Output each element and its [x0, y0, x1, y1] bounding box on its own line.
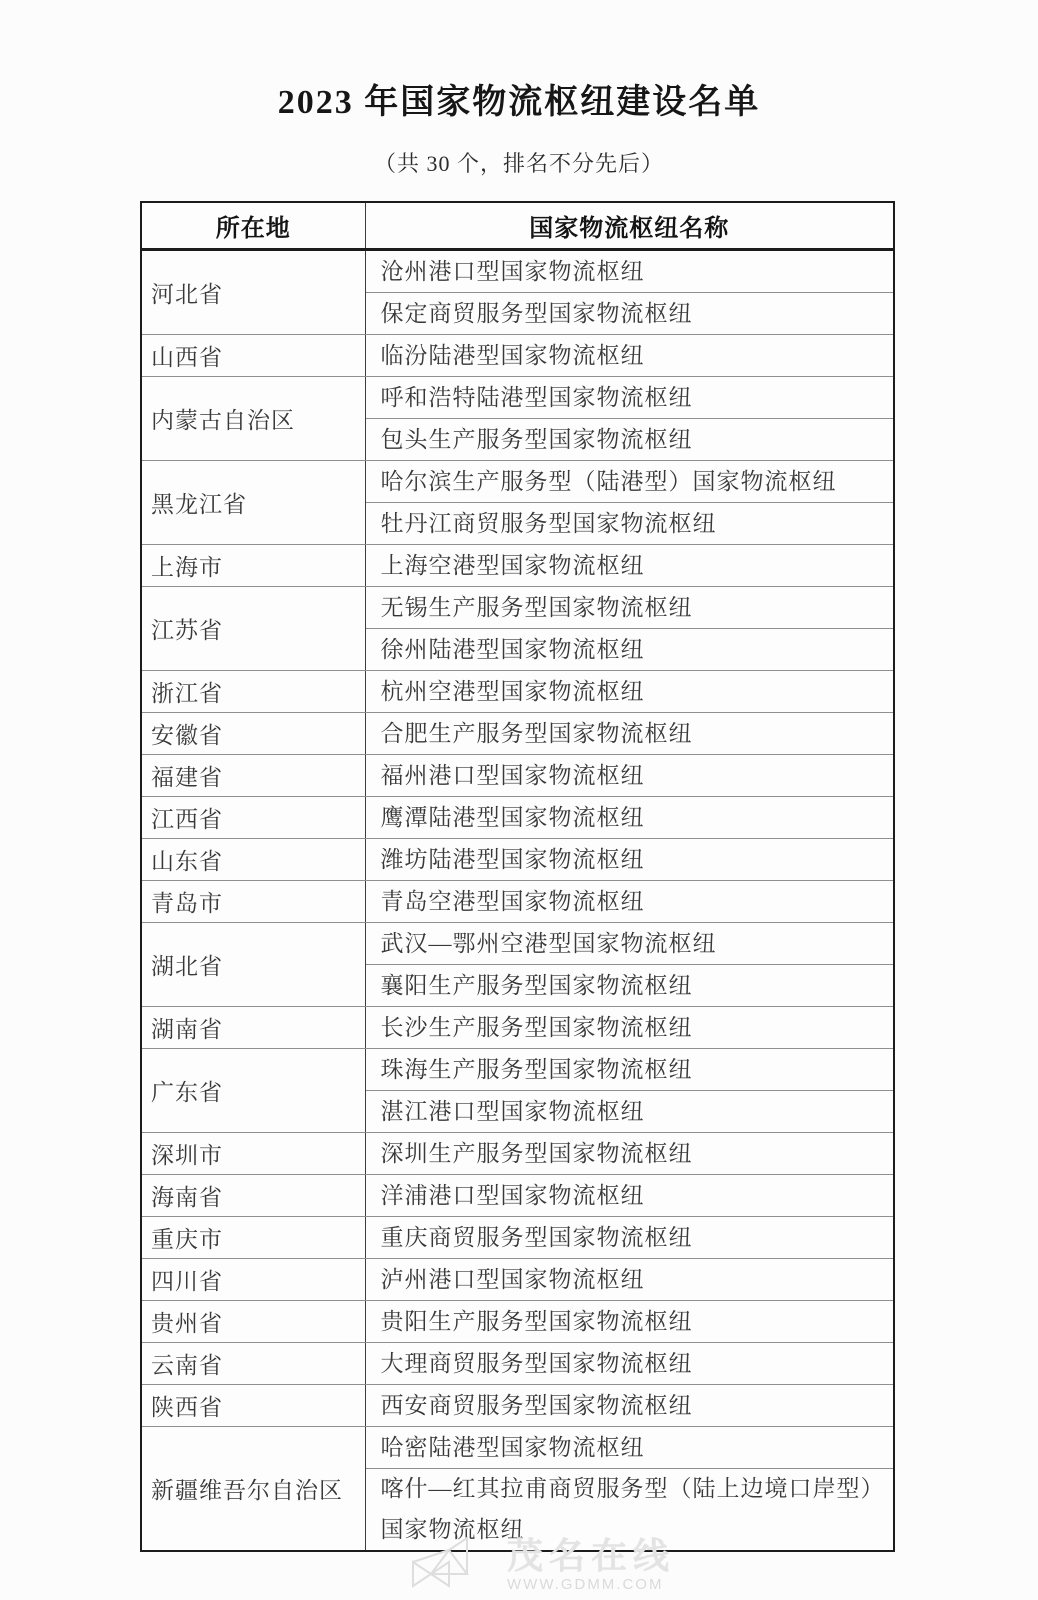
hub-table-body: 河北省沧州港口型国家物流枢纽保定商贸服务型国家物流枢纽山西省临汾陆港型国家物流枢… — [141, 250, 894, 1551]
hub-cell: 青岛空港型国家物流枢纽 — [365, 881, 894, 923]
hub-table: 所在地 国家物流枢纽名称 河北省沧州港口型国家物流枢纽保定商贸服务型国家物流枢纽… — [140, 201, 895, 1552]
hub-cell: 哈尔滨生产服务型（陆港型）国家物流枢纽 — [365, 461, 894, 503]
region-cell: 湖北省 — [141, 923, 365, 1007]
region-cell: 黑龙江省 — [141, 461, 365, 545]
table-row: 陕西省西安商贸服务型国家物流枢纽 — [141, 1385, 894, 1427]
table-row: 湖南省长沙生产服务型国家物流枢纽 — [141, 1007, 894, 1049]
region-cell: 云南省 — [141, 1343, 365, 1385]
hub-cell: 临汾陆港型国家物流枢纽 — [365, 335, 894, 377]
hub-cell: 保定商贸服务型国家物流枢纽 — [365, 293, 894, 335]
table-row: 广东省珠海生产服务型国家物流枢纽 — [141, 1049, 894, 1091]
region-cell: 河北省 — [141, 250, 365, 335]
hub-cell: 呼和浩特陆港型国家物流枢纽 — [365, 377, 894, 419]
hub-cell: 襄阳生产服务型国家物流枢纽 — [365, 965, 894, 1007]
hub-cell: 包头生产服务型国家物流枢纽 — [365, 419, 894, 461]
table-row: 浙江省杭州空港型国家物流枢纽 — [141, 671, 894, 713]
table-row: 深圳市深圳生产服务型国家物流枢纽 — [141, 1133, 894, 1175]
region-cell: 湖南省 — [141, 1007, 365, 1049]
table-row: 四川省泸州港口型国家物流枢纽 — [141, 1259, 894, 1301]
hub-cell: 珠海生产服务型国家物流枢纽 — [365, 1049, 894, 1091]
region-cell: 江苏省 — [141, 587, 365, 671]
hub-cell: 潍坊陆港型国家物流枢纽 — [365, 839, 894, 881]
hub-cell: 大理商贸服务型国家物流枢纽 — [365, 1343, 894, 1385]
page-title: 2023 年国家物流枢纽建设名单 — [0, 0, 1038, 121]
column-header-region: 所在地 — [141, 202, 365, 250]
region-cell: 四川省 — [141, 1259, 365, 1301]
table-row: 云南省大理商贸服务型国家物流枢纽 — [141, 1343, 894, 1385]
watermark: 茂名在线 WWW.GDMM.COM — [409, 1534, 675, 1592]
region-cell: 新疆维吾尔自治区 — [141, 1427, 365, 1551]
hub-cell: 长沙生产服务型国家物流枢纽 — [365, 1007, 894, 1049]
watermark-logo-icon — [409, 1534, 495, 1592]
watermark-site-url: WWW.GDMM.COM — [507, 1577, 663, 1592]
region-cell: 深圳市 — [141, 1133, 365, 1175]
hub-cell: 哈密陆港型国家物流枢纽 — [365, 1427, 894, 1469]
table-row: 江苏省无锡生产服务型国家物流枢纽 — [141, 587, 894, 629]
table-row: 山西省临汾陆港型国家物流枢纽 — [141, 335, 894, 377]
table-row: 贵州省贵阳生产服务型国家物流枢纽 — [141, 1301, 894, 1343]
hub-cell: 西安商贸服务型国家物流枢纽 — [365, 1385, 894, 1427]
region-cell: 安徽省 — [141, 713, 365, 755]
hub-cell: 鹰潭陆港型国家物流枢纽 — [365, 797, 894, 839]
table-row: 海南省洋浦港口型国家物流枢纽 — [141, 1175, 894, 1217]
region-cell: 陕西省 — [141, 1385, 365, 1427]
hub-cell: 贵阳生产服务型国家物流枢纽 — [365, 1301, 894, 1343]
hub-cell: 无锡生产服务型国家物流枢纽 — [365, 587, 894, 629]
region-cell: 青岛市 — [141, 881, 365, 923]
table-row: 河北省沧州港口型国家物流枢纽 — [141, 250, 894, 293]
table-row: 青岛市青岛空港型国家物流枢纽 — [141, 881, 894, 923]
region-cell: 海南省 — [141, 1175, 365, 1217]
table-row: 重庆市重庆商贸服务型国家物流枢纽 — [141, 1217, 894, 1259]
region-cell: 山西省 — [141, 335, 365, 377]
region-cell: 贵州省 — [141, 1301, 365, 1343]
table-row: 福建省福州港口型国家物流枢纽 — [141, 755, 894, 797]
hub-cell: 合肥生产服务型国家物流枢纽 — [365, 713, 894, 755]
table-row: 湖北省武汉—鄂州空港型国家物流枢纽 — [141, 923, 894, 965]
hub-cell: 重庆商贸服务型国家物流枢纽 — [365, 1217, 894, 1259]
region-cell: 重庆市 — [141, 1217, 365, 1259]
region-cell: 内蒙古自治区 — [141, 377, 365, 461]
hub-cell: 上海空港型国家物流枢纽 — [365, 545, 894, 587]
table-row: 内蒙古自治区呼和浩特陆港型国家物流枢纽 — [141, 377, 894, 419]
table-row: 山东省潍坊陆港型国家物流枢纽 — [141, 839, 894, 881]
watermark-text-block: 茂名在线 WWW.GDMM.COM — [507, 1538, 675, 1592]
hub-cell: 湛江港口型国家物流枢纽 — [365, 1091, 894, 1133]
region-cell: 上海市 — [141, 545, 365, 587]
page-subtitle: （共 30 个，排名不分先后） — [0, 147, 1038, 178]
table-row: 安徽省合肥生产服务型国家物流枢纽 — [141, 713, 894, 755]
region-cell: 广东省 — [141, 1049, 365, 1133]
table-row: 新疆维吾尔自治区哈密陆港型国家物流枢纽 — [141, 1427, 894, 1469]
watermark-site-name: 茂名在线 — [507, 1538, 675, 1574]
hub-cell: 杭州空港型国家物流枢纽 — [365, 671, 894, 713]
region-cell: 福建省 — [141, 755, 365, 797]
hub-table-header: 所在地 国家物流枢纽名称 — [141, 202, 894, 250]
header-row: 所在地 国家物流枢纽名称 — [141, 202, 894, 250]
hub-cell: 沧州港口型国家物流枢纽 — [365, 250, 894, 293]
document-page: 2023 年国家物流枢纽建设名单 （共 30 个，排名不分先后） 所在地 国家物… — [0, 0, 1038, 1600]
hub-cell: 深圳生产服务型国家物流枢纽 — [365, 1133, 894, 1175]
column-header-hub-name: 国家物流枢纽名称 — [365, 202, 894, 250]
region-cell: 江西省 — [141, 797, 365, 839]
hub-cell: 福州港口型国家物流枢纽 — [365, 755, 894, 797]
hub-cell: 徐州陆港型国家物流枢纽 — [365, 629, 894, 671]
region-cell: 浙江省 — [141, 671, 365, 713]
hub-cell: 牡丹江商贸服务型国家物流枢纽 — [365, 503, 894, 545]
hub-cell: 泸州港口型国家物流枢纽 — [365, 1259, 894, 1301]
table-row: 黑龙江省哈尔滨生产服务型（陆港型）国家物流枢纽 — [141, 461, 894, 503]
hub-cell: 武汉—鄂州空港型国家物流枢纽 — [365, 923, 894, 965]
table-row: 江西省鹰潭陆港型国家物流枢纽 — [141, 797, 894, 839]
hub-cell: 洋浦港口型国家物流枢纽 — [365, 1175, 894, 1217]
region-cell: 山东省 — [141, 839, 365, 881]
table-row: 上海市上海空港型国家物流枢纽 — [141, 545, 894, 587]
